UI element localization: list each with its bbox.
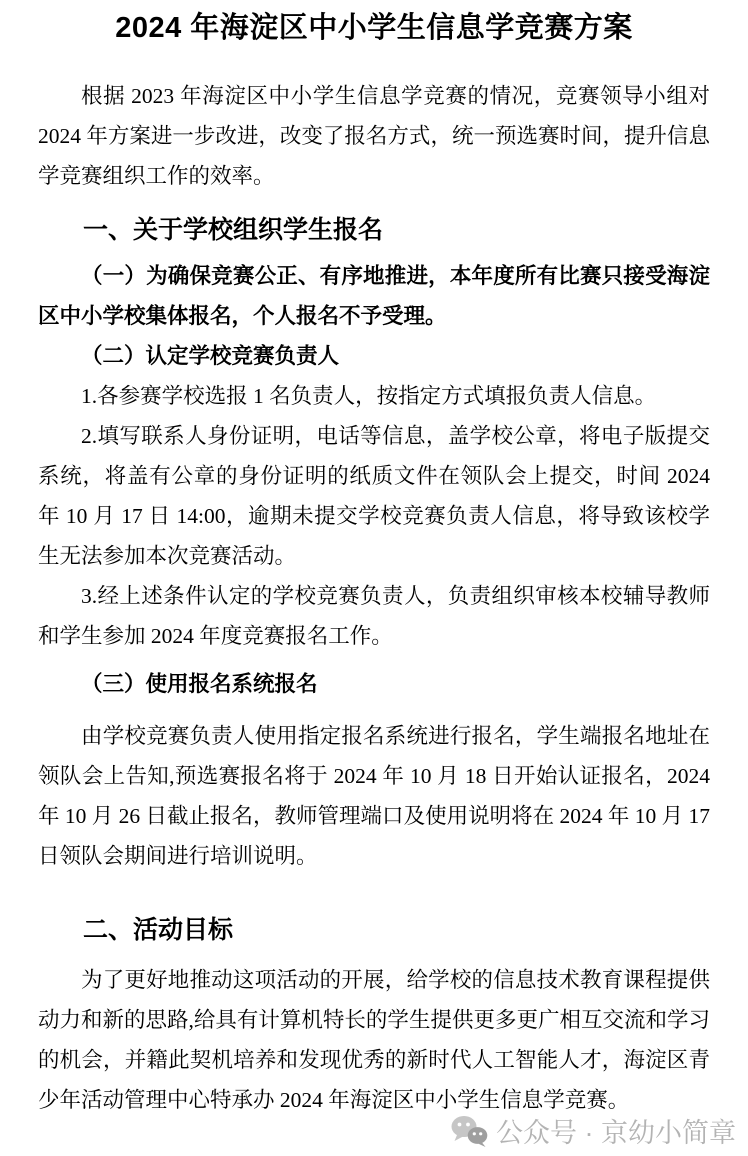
- section1-item1-paragraph: （一）为确保竞赛公正、有序地推进，本年度所有比赛只接受海淀区中小学校集体报名，个…: [38, 256, 710, 336]
- intro-paragraph: 根据 2023 年海淀区中小学生信息学竞赛的情况，竞赛领导小组对 2024 年方…: [38, 76, 710, 196]
- section2-heading: 二、活动目标: [38, 910, 710, 950]
- document-page: 2024 年海淀区中小学生信息学竞赛方案 根据 2023 年海淀区中小学生信息学…: [0, 0, 748, 1156]
- page-title: 2024 年海淀区中小学生信息学竞赛方案: [38, 8, 710, 48]
- section1-item3-paragraph: 由学校竞赛负责人使用指定报名系统进行报名，学生端报名地址在领队会上告知,预选赛报…: [38, 716, 710, 876]
- watermark-text: 公众号 · 京幼小简章: [496, 1111, 736, 1150]
- section1-item2-point3: 3.经上述条件认定的学校竞赛负责人，负责组织审核本校辅导教师和学生参加 2024…: [38, 576, 710, 656]
- section1-item3-heading: （三）使用报名系统报名: [38, 664, 710, 704]
- section2-paragraph: 为了更好地推动这项活动的开展，给学校的信息技术教育课程提供动力和新的思路,给具有…: [38, 960, 710, 1120]
- watermark: 公众号 · 京幼小简章: [450, 1111, 736, 1150]
- section1-item2-point2: 2.填写联系人身份证明，电话等信息，盖学校公章，将电子版提交系统，将盖有公章的身…: [38, 416, 710, 576]
- section1-item2-heading: （二）认定学校竞赛负责人: [38, 336, 710, 376]
- section1-heading: 一、关于学校组织学生报名: [38, 210, 710, 250]
- wechat-icon: [450, 1114, 488, 1148]
- section1-item2-point1: 1.各参赛学校选报 1 名负责人，按指定方式填报负责人信息。: [38, 376, 710, 416]
